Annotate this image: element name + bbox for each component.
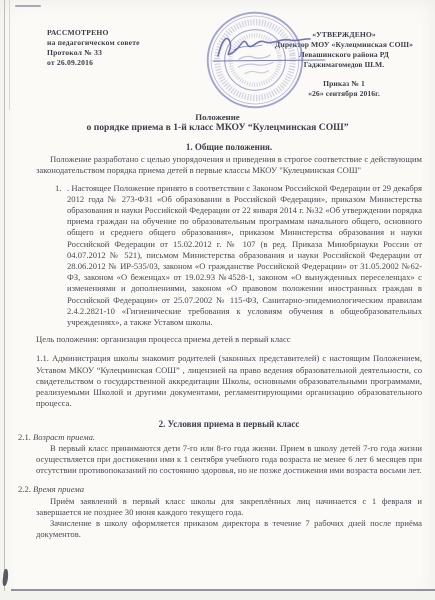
scanned-document-page: РАССМОТРЕНО на педагогическом совете Про… (0, 0, 435, 600)
title-line-2: о порядке приема в 1-й класс МКОУ “Кулец… (0, 122, 435, 134)
clause-2-2-title: Время приема (31, 484, 84, 494)
section1-heading: 1. Общие положения. (36, 142, 422, 153)
purpose-line: Цель положения: организация процесса при… (36, 334, 422, 345)
section2-heading: 2. Условия приема в первый класс (36, 419, 422, 430)
reviewed-line-2: на педагогическом совете (47, 38, 140, 48)
clause-2-2-number: 2.2. (18, 484, 31, 494)
scanner-background (0, 591, 435, 600)
item1-number: 1. (55, 183, 61, 194)
reviewed-block: РАССМОТРЕНО на педагогическом совете Про… (47, 28, 140, 68)
page-content: РАССМОТРЕНО на педагогическом совете Про… (0, 0, 435, 600)
bottom-left-page-curl-mark (2, 569, 9, 586)
clause-2-1-number: 2.1. (18, 432, 31, 442)
top-left-scan-mark (15, 5, 41, 7)
title-line-1: Положение (0, 112, 435, 122)
reviewed-line-4: от 26.09.2016 (47, 58, 140, 68)
page-left-fold-line (9, 0, 10, 110)
reviewed-line-1: РАССМОТРЕНО (47, 28, 140, 38)
page-left-edge-line (4, 0, 5, 592)
document-title: Положение о порядке приема в 1-й класс М… (0, 112, 435, 134)
clause-1-1: 1.1. Администрация школы знакомит родите… (36, 353, 422, 409)
section1-item1: 1.. Настоящее Положение принято в соотве… (67, 183, 422, 329)
clause-2-1-title: Возраст приема. (31, 432, 95, 442)
clause-2-2-text-2: Зачисление в школу оформляется приказом … (36, 518, 422, 540)
reviewed-line-3: Протокол № 33 (47, 48, 140, 58)
item1-text: . Настоящее Положение принято в соответс… (67, 183, 422, 327)
clause-2-2-text-1: Приём заявлений в первый класс школы для… (36, 496, 422, 518)
section1-intro-paragraph: Положение разработано с целью упорядочен… (36, 154, 422, 176)
director-signature (210, 30, 340, 66)
clause-2-2-label: 2.2. Время приема (18, 484, 422, 495)
clause-2-1-label: 2.1. Возраст приема. (18, 432, 422, 443)
document-body: 1. Общие положения. Положение разработан… (36, 142, 422, 541)
clause-2-1-text: В первый класс принимаются дети 7-го или… (36, 443, 422, 477)
